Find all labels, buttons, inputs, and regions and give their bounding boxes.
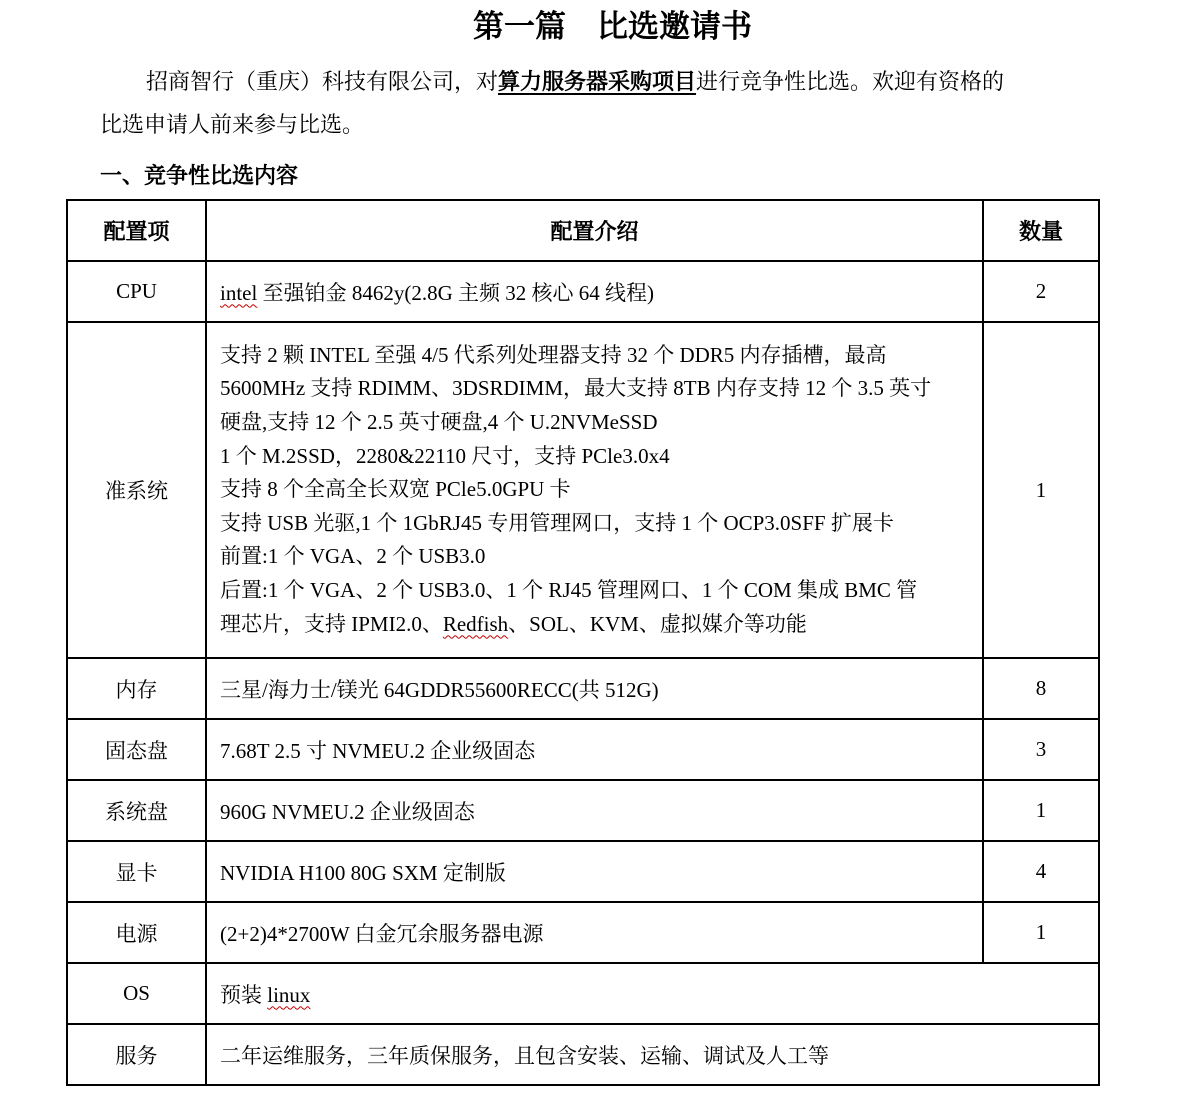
item-cell: 电源 bbox=[67, 902, 206, 963]
desc-cell: 三星/海力士/镁光 64GDDR55600RECC(共 512G) bbox=[206, 658, 983, 719]
spec-table: 配置项 配置介绍 数量 CPU intel 至强铂金 8462y(2.8G 主频… bbox=[66, 199, 1100, 1086]
misspelled-word: Redfish bbox=[443, 612, 508, 636]
desc-cell: intel 至强铂金 8462y(2.8G 主频 32 核心 64 线程) bbox=[206, 261, 983, 322]
qty-cell: 1 bbox=[983, 322, 1099, 658]
qty-cell: 4 bbox=[983, 841, 1099, 902]
item-cell: 显卡 bbox=[67, 841, 206, 902]
desc-line: 前置:1 个 VGA、2 个 USB3.0 bbox=[220, 544, 485, 568]
desc-cell: 预装 linux bbox=[206, 963, 1099, 1024]
qty-cell: 8 bbox=[983, 658, 1099, 719]
header-row: 配置项 配置介绍 数量 bbox=[67, 200, 1099, 261]
desc-line: 支持 8 个全高全长双宽 PCle5.0GPU 卡 bbox=[220, 477, 571, 501]
desc-cell: 二年运维服务，三年质保服务，且包含安装、运输、调试及人工等 bbox=[206, 1024, 1099, 1085]
section-heading: 一、竞争性比选内容 bbox=[100, 162, 1179, 190]
table-row-service: 服务 二年运维服务，三年质保服务，且包含安装、运输、调试及人工等 bbox=[67, 1024, 1099, 1085]
desc-line: 支持 USB 光驱,1 个 1GbRJ45 专用管理网口，支持 1 个 OCP3… bbox=[220, 511, 894, 535]
table-row-power: 电源 (2+2)4*2700W 白金冗余服务器电源 1 bbox=[67, 902, 1099, 963]
desc-line-part: 、SOL、KVM、虚拟媒介等功能 bbox=[508, 612, 807, 636]
document-page: 第一篇 比选邀请书 招商智行（重庆）科技有限公司，对算力服务器采购项目进行竞争性… bbox=[0, 6, 1179, 1086]
table-row-os: OS 预装 linux bbox=[67, 963, 1099, 1024]
table-row-system-disk: 系统盘 960G NVMEU.2 企业级固态 1 bbox=[67, 780, 1099, 841]
project-name-underlined: 算力服务器采购项目 bbox=[498, 69, 696, 94]
desc-cell: 支持 2 颗 INTEL 至强 4/5 代系列处理器支持 32 个 DDR5 内… bbox=[206, 322, 983, 658]
intro-line1-tail: 进行竞争性比选。欢迎有资格的 bbox=[696, 69, 1004, 94]
desc-text: 预装 bbox=[220, 983, 267, 1007]
table-row-ssd: 固态盘 7.68T 2.5 寸 NVMEU.2 企业级固态 3 bbox=[67, 719, 1099, 780]
misspelled-word: linux bbox=[267, 983, 310, 1007]
item-cell: 系统盘 bbox=[67, 780, 206, 841]
desc-line: 硬盘,支持 12 个 2.5 英寸硬盘,4 个 U.2NVMeSSD bbox=[220, 410, 658, 434]
desc-cell: 7.68T 2.5 寸 NVMEU.2 企业级固态 bbox=[206, 719, 983, 780]
intro-paragraph: 招商智行（重庆）科技有限公司，对算力服务器采购项目进行竞争性比选。欢迎有资格的比… bbox=[100, 60, 1080, 146]
table-row-cpu: CPU intel 至强铂金 8462y(2.8G 主频 32 核心 64 线程… bbox=[67, 261, 1099, 322]
desc-line: 1 个 M.2SSD，2280&22110 尺寸，支持 PCle3.0x4 bbox=[220, 444, 670, 468]
desc-text: 至强铂金 8462y(2.8G 主频 32 核心 64 线程) bbox=[257, 281, 654, 305]
table-row-barebone: 准系统 支持 2 颗 INTEL 至强 4/5 代系列处理器支持 32 个 DD… bbox=[67, 322, 1099, 658]
qty-cell: 1 bbox=[983, 780, 1099, 841]
intro-line2: 比选申请人前来参与比选。 bbox=[100, 112, 364, 137]
desc-line: 后置:1 个 VGA、2 个 USB3.0、1 个 RJ45 管理网口、1 个 … bbox=[220, 578, 917, 602]
qty-cell: 3 bbox=[983, 719, 1099, 780]
desc-cell: NVIDIA H100 80G SXM 定制版 bbox=[206, 841, 983, 902]
desc-line: 支持 2 颗 INTEL 至强 4/5 代系列处理器支持 32 个 DDR5 内… bbox=[220, 343, 887, 367]
misspelled-word: intel bbox=[220, 281, 257, 305]
intro-line1-lead: 招商智行（重庆）科技有限公司，对 bbox=[146, 69, 498, 94]
item-cell: 服务 bbox=[67, 1024, 206, 1085]
item-cell: OS bbox=[67, 963, 206, 1024]
item-cell: CPU bbox=[67, 261, 206, 322]
header-qty: 数量 bbox=[983, 200, 1099, 261]
qty-cell: 1 bbox=[983, 902, 1099, 963]
desc-line: 5600MHz 支持 RDIMM、3DSRDIMM，最大支持 8TB 内存支持 … bbox=[220, 376, 931, 400]
header-config-desc: 配置介绍 bbox=[206, 200, 983, 261]
qty-cell: 2 bbox=[983, 261, 1099, 322]
table-row-memory: 内存 三星/海力士/镁光 64GDDR55600RECC(共 512G) 8 bbox=[67, 658, 1099, 719]
table-row-gpu: 显卡 NVIDIA H100 80G SXM 定制版 4 bbox=[67, 841, 1099, 902]
desc-cell: 960G NVMEU.2 企业级固态 bbox=[206, 780, 983, 841]
desc-cell: (2+2)4*2700W 白金冗余服务器电源 bbox=[206, 902, 983, 963]
page-title: 第一篇 比选邀请书 bbox=[0, 6, 1179, 48]
item-cell: 准系统 bbox=[67, 322, 206, 658]
desc-line-part: 理芯片，支持 IPMI2.0、 bbox=[220, 612, 443, 636]
item-cell: 固态盘 bbox=[67, 719, 206, 780]
item-cell: 内存 bbox=[67, 658, 206, 719]
header-config-item: 配置项 bbox=[67, 200, 206, 261]
